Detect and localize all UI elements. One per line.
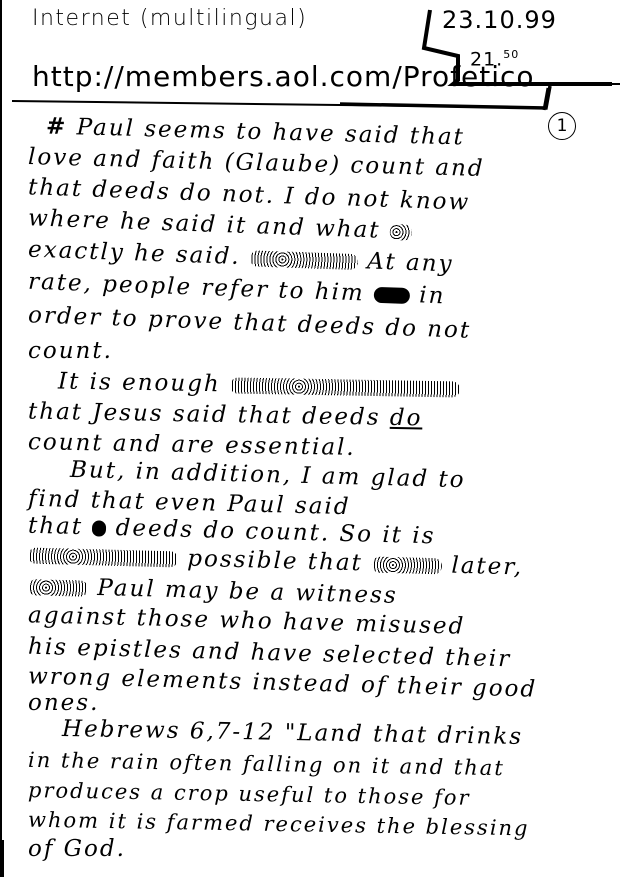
scribble-out [28, 548, 178, 568]
text-line: Hebrews 6,7-12 "Land that drinks [62, 716, 523, 750]
crossed-mark: # [46, 113, 68, 141]
scribble-out [92, 520, 106, 536]
scribble-out [28, 579, 88, 597]
text-line: count. [28, 338, 113, 364]
page-number-badge: 1 [548, 112, 576, 140]
text-line: against those who have misused [28, 602, 466, 639]
text-line: produces a crop useful to those for [28, 778, 471, 810]
handwritten-page: Internet (multilingual) 23.10.99 21.50 h… [0, 0, 638, 877]
scribble-out [250, 250, 358, 270]
text-line: of God. [28, 836, 126, 862]
text-line: It is enough [58, 368, 460, 401]
text-line: that Jesus said that deeds do [28, 399, 423, 432]
text-line: ones. [28, 690, 99, 716]
scribble-out [374, 287, 411, 304]
scribble-out [372, 557, 442, 575]
scribble-out [230, 377, 460, 397]
scan-edge-mark [0, 840, 4, 877]
text-line: in the rain often falling on it and that [28, 748, 505, 780]
emphasized-word: do [390, 405, 423, 432]
scribble-out [389, 224, 412, 241]
